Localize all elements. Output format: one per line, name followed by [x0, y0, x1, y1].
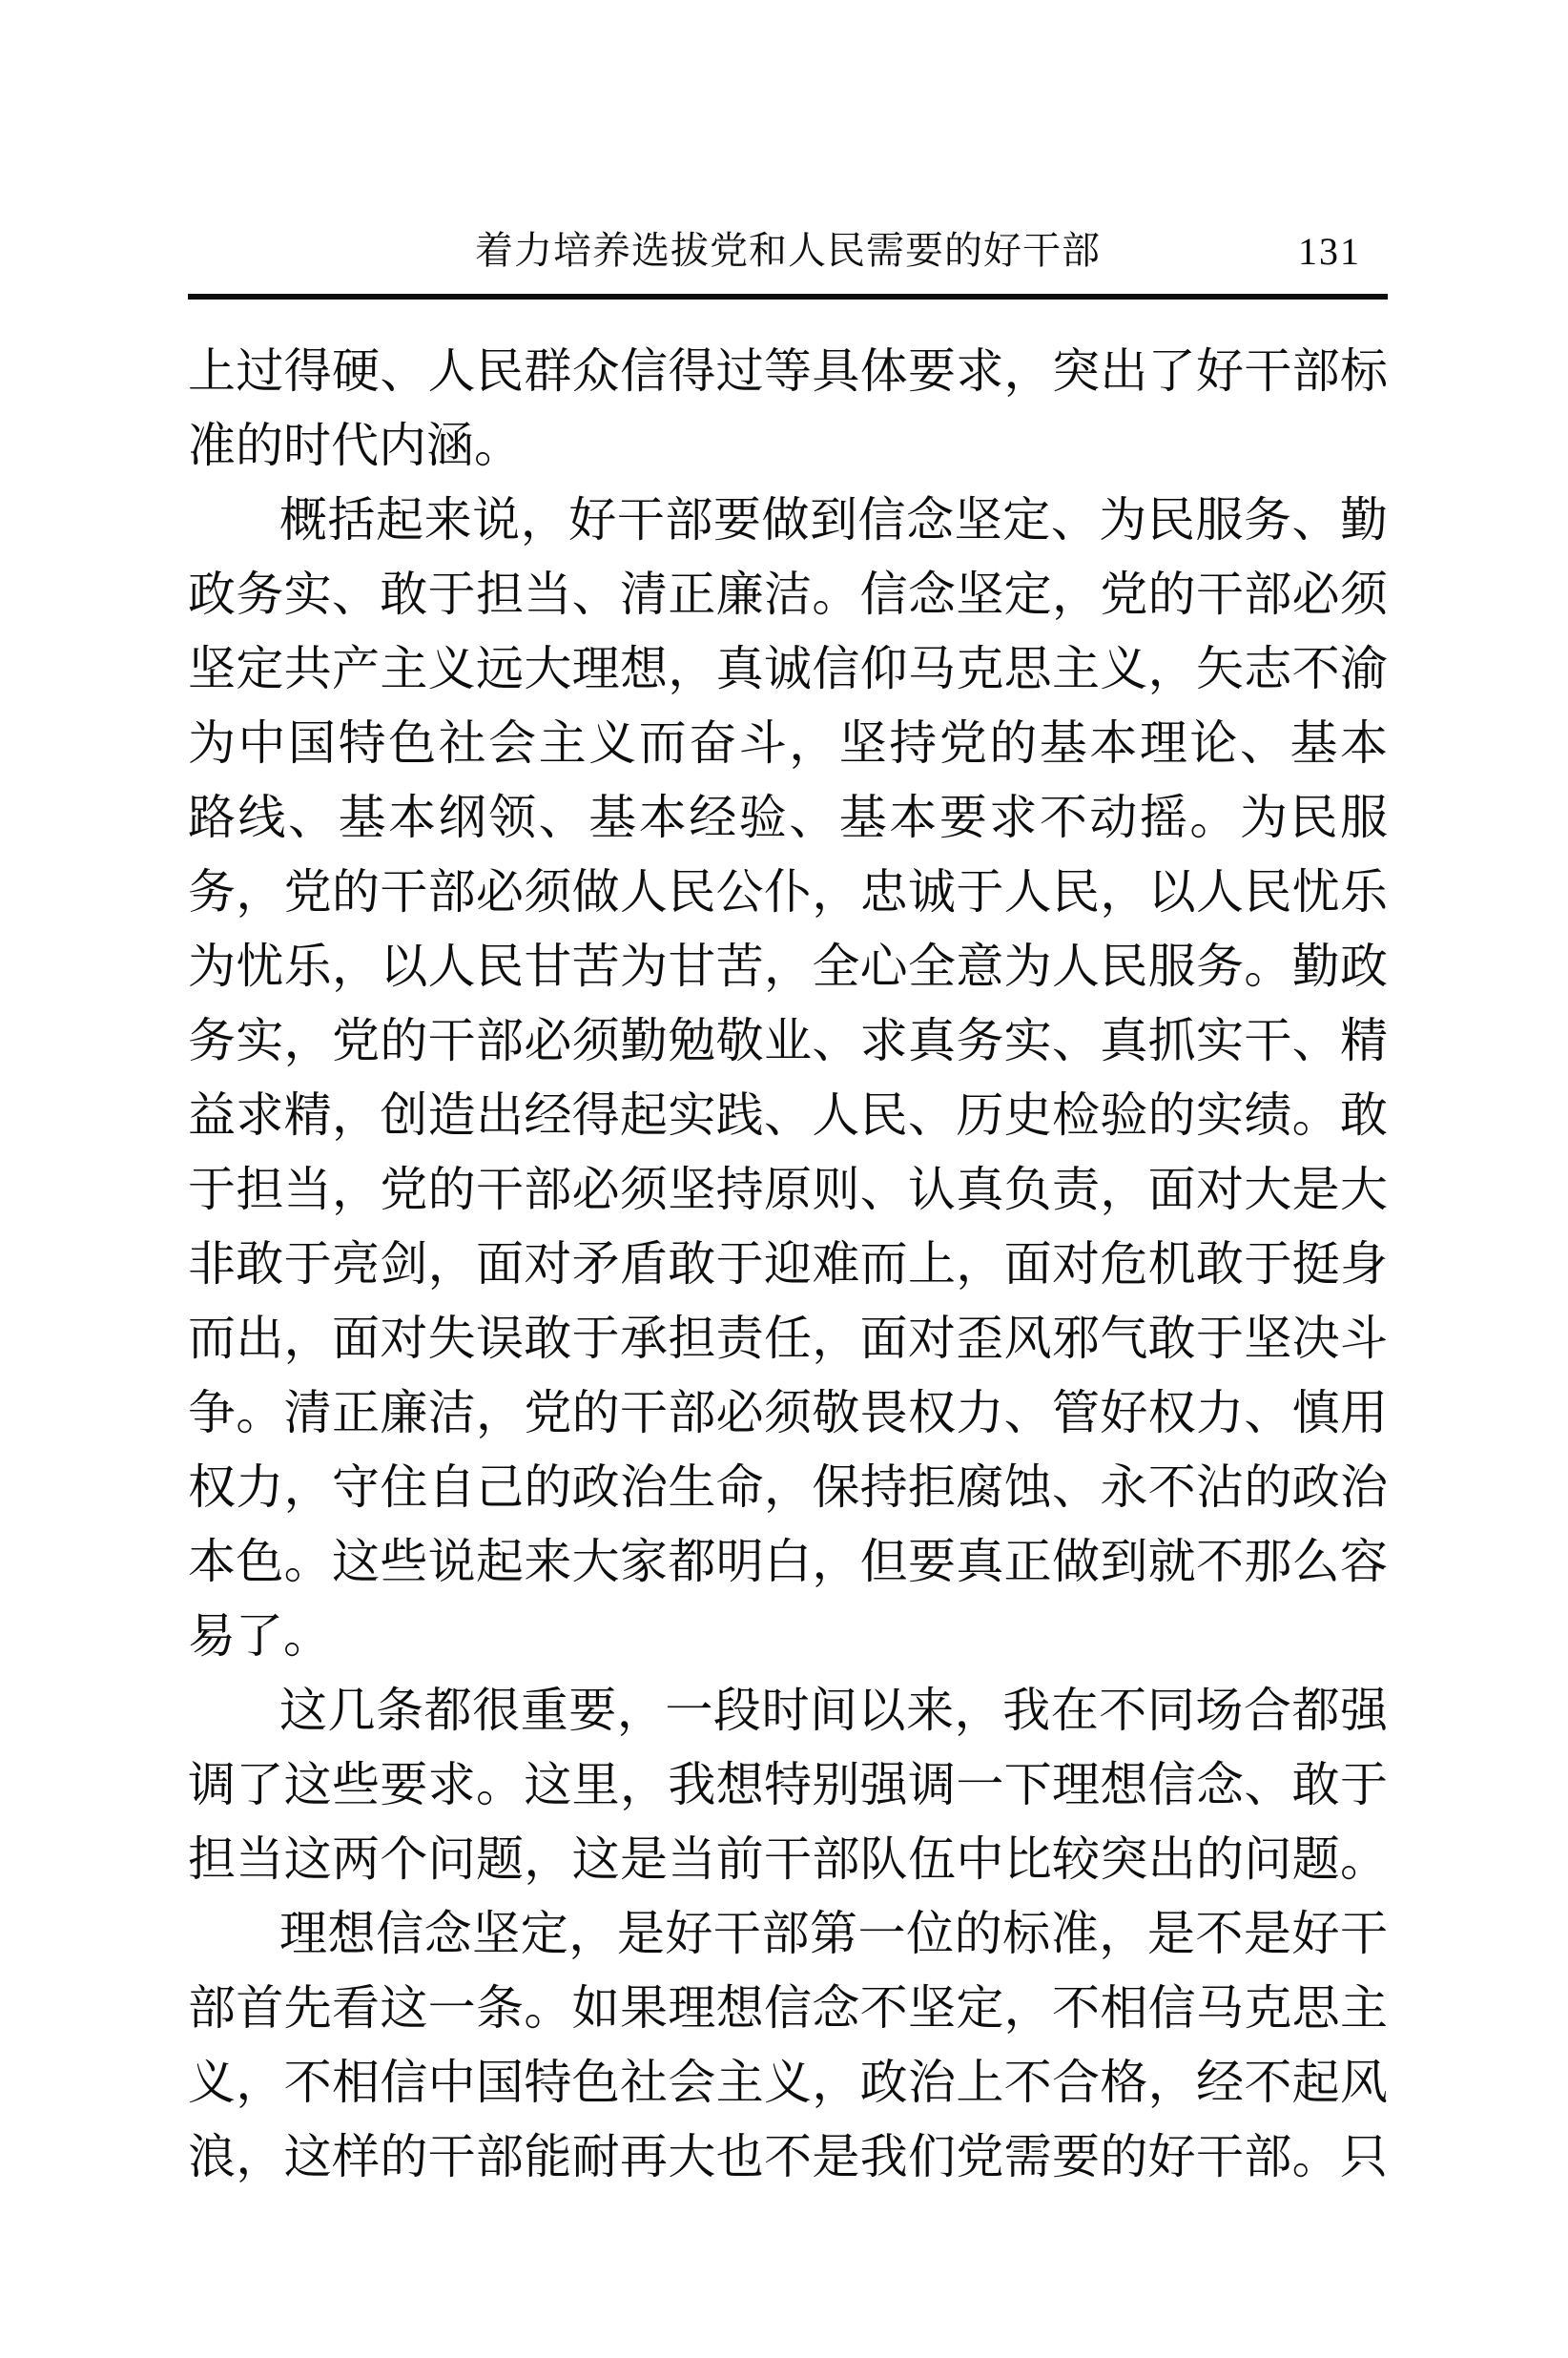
text-line: 准的时代内涵。: [188, 408, 1388, 483]
text-line: 担当这两个问题，这是当前干部队伍中比较突出的问题。: [188, 1822, 1388, 1896]
chapter-title: 着力培养选拔党和人民需要的好干部: [188, 229, 1388, 273]
page-number: 131: [1298, 231, 1361, 273]
text-line: 益求精，创造出经得起实践、人民、历史检验的实绩。敢: [188, 1078, 1388, 1152]
text-line: 为忧乐，以人民甘苦为甘苦，全心全意为人民服务。勤政: [188, 929, 1388, 1003]
text-line: 权力，守住自己的政治生命，保持拒腐蚀、永不沾的政治: [188, 1450, 1388, 1524]
text-line: 争。清正廉洁，党的干部必须敬畏权力、管好权力、慎用: [188, 1375, 1388, 1450]
text-line: 务实，党的干部必须勤勉敬业、求真务实、真抓实干、精: [188, 1003, 1388, 1078]
text-line: 于担当，党的干部必须坚持原则、认真负责，面对大是大: [188, 1152, 1388, 1227]
text-line: 易了。: [188, 1599, 1388, 1673]
header-rule-divider: [188, 294, 1388, 300]
text-line: 部首先看这一条。如果理想信念不坚定，不相信马克思主: [188, 1971, 1388, 2045]
text-line: 调了这些要求。这里，我想特别强调一下理想信念、敢于: [188, 1748, 1388, 1822]
text-line: 而出，面对失误敢于承担责任，面对歪风邪气敢于坚决斗: [188, 1301, 1388, 1375]
text-line: 这几条都很重要，一段时间以来，我在不同场合都强: [188, 1673, 1388, 1748]
text-line: 路线、基本纲领、基本经验、基本要求不动摇。为民服: [188, 780, 1388, 855]
text-line: 务，党的干部必须做人民公仆，忠诚于人民，以人民忧乐: [188, 855, 1388, 929]
text-line: 上过得硬、人民群众信得过等具体要求，突出了好干部标: [188, 334, 1388, 408]
text-line: 非敢于亮剑，面对矛盾敢于迎难而上，面对危机敢于挺身: [188, 1227, 1388, 1301]
text-line: 义，不相信中国特色社会主义，政治上不合格，经不起风: [188, 2045, 1388, 2120]
text-line: 浪，这样的干部能耐再大也不是我们党需要的好干部。只: [188, 2120, 1388, 2194]
text-line: 本色。这些说起来大家都明白，但要真正做到就不那么容: [188, 1524, 1388, 1599]
text-line: 坚定共产主义远大理想，真诚信仰马克思主义，矢志不渝: [188, 631, 1388, 706]
text-line: 概括起来说，好干部要做到信念坚定、为民服务、勤: [188, 483, 1388, 557]
book-page: 着力培养选拔党和人民需要的好干部 131 上过得硬、人民群众信得过等具体要求，突…: [0, 0, 1568, 2358]
text-line: 政务实、敢于担当、清正廉洁。信念坚定，党的干部必须: [188, 557, 1388, 631]
body-text: 上过得硬、人民群众信得过等具体要求，突出了好干部标准的时代内涵。概括起来说，好干…: [188, 334, 1388, 2194]
text-line: 理想信念坚定，是好干部第一位的标准，是不是好干: [188, 1896, 1388, 1971]
text-line: 为中国特色社会主义而奋斗，坚持党的基本理论、基本: [188, 706, 1388, 780]
running-header: 着力培养选拔党和人民需要的好干部 131: [188, 229, 1388, 277]
